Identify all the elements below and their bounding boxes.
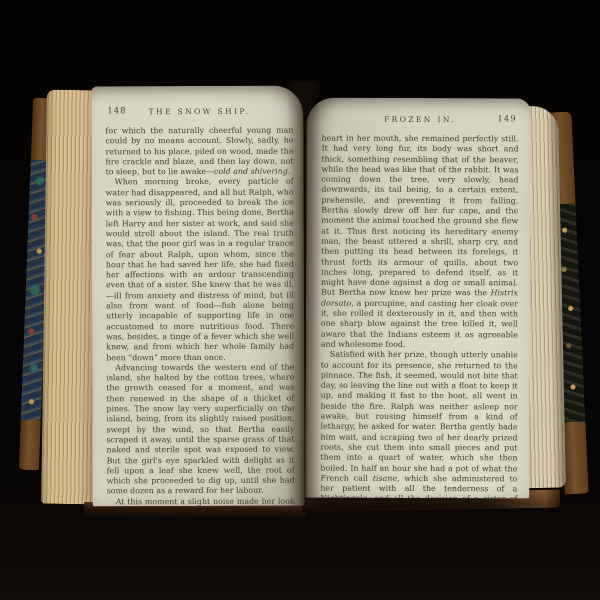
left-page-body: for which the naturally cheerful young m…	[105, 126, 294, 507]
right-page: FROZEN IN. 149 heart in her mouth, she r…	[305, 98, 530, 499]
page-number-right: 149	[497, 114, 516, 124]
left-cover-leather-bottom	[19, 420, 41, 471]
running-title-left: THE SNOW SHIP.	[105, 106, 293, 117]
paragraph: Satisfied with her prize, though utterly…	[320, 350, 518, 498]
paragraph: heart in her mouth, she remained perfect…	[321, 134, 519, 351]
running-title-right: FROZEN IN.	[322, 114, 519, 125]
paragraph: When morning broke, every particle of wa…	[106, 177, 295, 363]
paragraph: Advancing towards the western end of the…	[106, 362, 294, 497]
right-cover-leather-bottom	[561, 421, 588, 494]
left-page-edge-stack	[41, 90, 99, 505]
left-page-header: 148 THE SNOW SHIP.	[105, 106, 293, 120]
italic-french-word: tisane	[373, 474, 397, 483]
paragraph: At this moment a slight noise made her l…	[107, 496, 295, 506]
paragraph: for which the naturally cheerful young m…	[105, 126, 293, 178]
italic-phrase: cold and shivering.	[214, 167, 290, 176]
photo-backdrop: 148 THE SNOW SHIP. for which the natural…	[0, 0, 600, 600]
page-number-left: 148	[107, 106, 126, 116]
right-page-body: heart in her mouth, she remained perfect…	[320, 134, 518, 499]
left-page: 148 THE SNOW SHIP. for which the natural…	[91, 86, 304, 507]
right-page-header: FROZEN IN. 149	[322, 114, 519, 128]
